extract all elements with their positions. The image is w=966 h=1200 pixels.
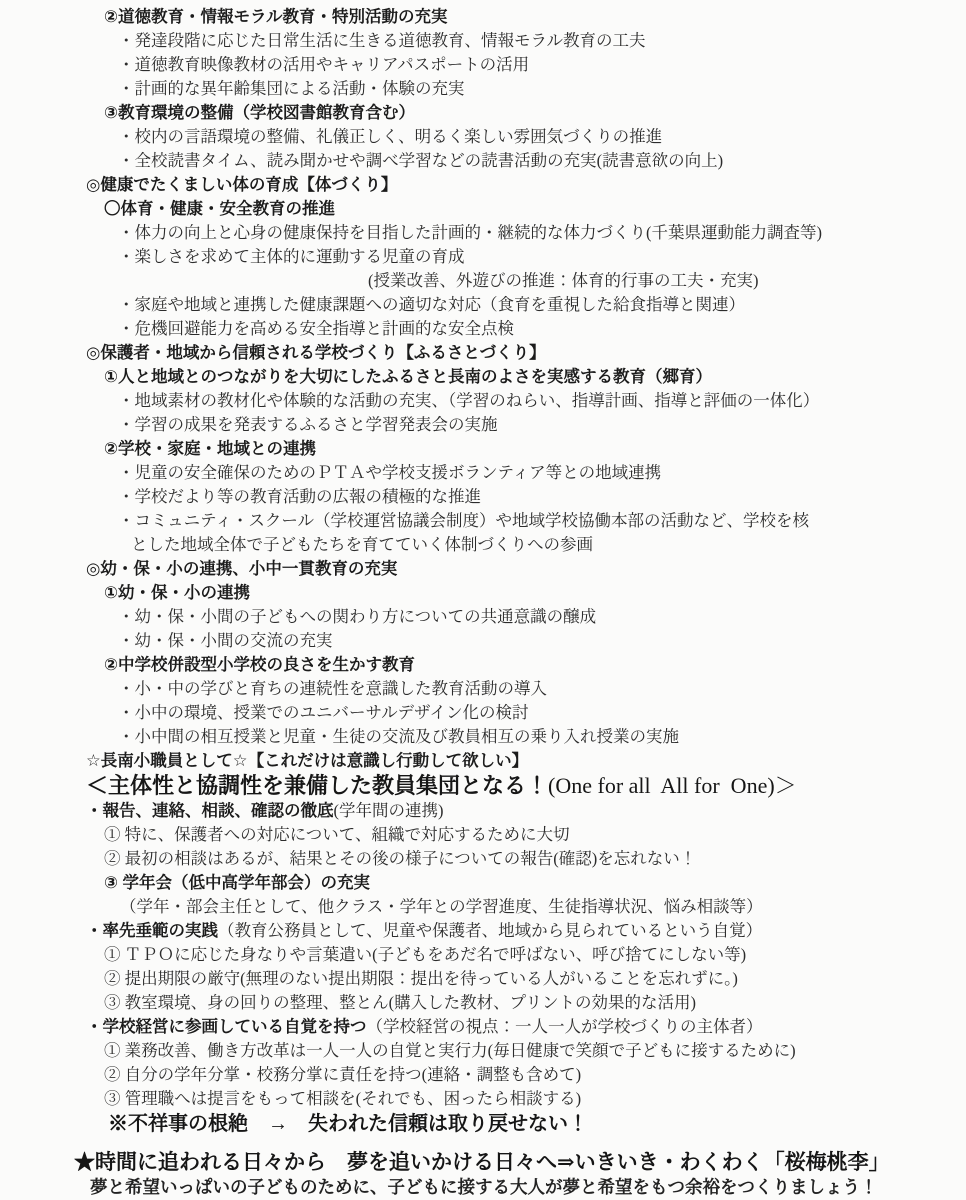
bullet-item: ・小中の環境、授業でのユニバーサルデザイン化の検討 [0,701,966,725]
bullet-item: ・幼・保・小間の交流の充実 [0,629,966,653]
bullet-item: ・学習の成果を発表するふるさと学習発表会の実施 [0,413,966,437]
policy-lead: ・率先垂範の実践 [86,922,218,940]
bullet-continuation: (授業改善、外遊びの推進：体育的行事の工夫・充実) [0,269,966,293]
closing-slogan: ★時間に追われる日々から 夢を追いかける日々へ⇒いきいき・わくわく「桜梅桃李」 [0,1149,966,1175]
closing-message: 夢と希望いっぱいの子どものために、子どもに接する大人が夢と希望をもつ余裕をつくり… [0,1175,966,1199]
bullet-item: ・計画的な異年齢集団による活動・体験の充実 [0,77,966,101]
policy-note: (学年間の連携) [334,801,444,820]
policy-lead: ・学校経営に参画している自覚を持つ [86,1018,367,1036]
numbered-item: ① 特に、保護者への対応について、組織で対応するために大切 [0,823,966,847]
bullet-item: ・小・中の学びと育ちの連続性を意識した教育活動の導入 [0,677,966,701]
heading-school-family-community: ②学校・家庭・地域との連携 [0,437,966,461]
bullet-item: ・児童の安全確保のためのＰＴＡや学校支援ボランティア等との地域連携 [0,461,966,485]
bullet-item: ・体力の向上と心身の健康保持を目指した計画的・継続的な体力づくり(千葉県運動能力… [0,221,966,245]
numbered-item: ② 提出期限の厳守(無理のない提出期限：提出を待っている人がいることを忘れずに。… [0,967,966,991]
numbered-item: ② 最初の相談はあるが、結果とその後の様子についての報告(確認)を忘れない！ [0,847,966,871]
policy-lead-by-example: ・率先垂範の実践（教育公務員として、児童や保護者、地域から見られているという自覚… [0,919,966,943]
scanned-document-page: ②道徳教育・情報モラル教育・特別活動の充実 ・発達段階に応じた日常生活に生きる道… [0,0,966,1200]
bullet-item: ・コミュニティ・スクール（学校運営協議会制度）や地域学校協働本部の活動など、学校… [0,509,966,533]
heading-trusted-school: ◎保護者・地域から信頼される学校づくり【ふるさとづくり】 [0,341,966,365]
policy-report-contact: ・報告、連絡、相談、確認の徹底(学年間の連携) [0,799,966,823]
policy-note: （教育公務員として、児童や保護者、地域から見られているという自覚） [218,921,762,940]
bullet-item: ・楽しさを求めて主体的に運動する児童の育成 [0,245,966,269]
warning-no-scandal: ※不祥事の根絶 → 失われた信頼は取り戻せない！ [0,1111,966,1137]
heading-pe-health-safety: 〇体育・健康・安全教育の推進 [0,197,966,221]
bullet-item: ・家庭や地域と連携した健康課題への適切な対応（食育を重視した給食指導と関連） [0,293,966,317]
bullet-item: ・校内の言語環境の整備、礼儀正しく、明るく楽しい雰囲気づくりの推進 [0,125,966,149]
policy-note: （学校経営の視点：一人一人が学校づくりの主体者） [367,1017,763,1036]
numbered-item: ③ 管理職へは提言をもって相談を(それでも、困ったら相談する) [0,1087,966,1111]
heading-staff-motto: ☆長南小職員として☆【これだけは意識し行動して欲しい】 [0,749,966,773]
bullet-continuation: とした地域全体で子どもたちを育てていく体制づくりへの参画 [0,533,966,557]
heading-healthy-body: ◎健康でたくましい体の育成【体づくり】 [0,173,966,197]
bullet-item: ・道徳教育映像教材の活用やキャリアパスポートの活用 [0,53,966,77]
slogan-japanese: ＜主体性と協調性を兼備した教員集団となる！ [86,773,548,798]
heading-kindergarten-cooperation: ◎幼・保・小の連携、小中一貫教育の充実 [0,557,966,581]
slogan-one-for-all: ＜主体性と協調性を兼備した教員集団となる！(One for all All fo… [0,773,966,799]
heading-yo-ho-sho: ①幼・保・小の連携 [0,581,966,605]
bullet-item: ・地域素材の教材化や体験的な活動の充実、（学習のねらい、指導計画、指導と評価の一… [0,389,966,413]
heading-education-environment: ③教育環境の整備（学校図書館教育含む） [0,101,966,125]
bullet-item: ・幼・保・小間の子どもへの関わり方についての共通意識の醸成 [0,605,966,629]
bullet-item: ・危機回避能力を高める安全指導と計画的な安全点検 [0,317,966,341]
numbered-item-continuation: （学年・部会主任として、他クラス・学年との学習進度、生徒指導状況、悩み相談等） [0,895,966,919]
slogan-english: (One for all All for One)＞ [548,773,797,798]
policy-school-management: ・学校経営に参画している自覚を持つ（学校経営の視点：一人一人が学校づくりの主体者… [0,1015,966,1039]
bullet-item: ・発達段階に応じた日常生活に生きる道徳教育、情報モラル教育の工夫 [0,29,966,53]
heading-hometown-education: ①人と地域とのつながりを大切にしたふるさと長南のよさを実感する教育（郷育） [0,365,966,389]
numbered-item: ① 業務改善、働き方改革は一人一人の自覚と実行力(毎日健康で笑顔で子どもに接する… [0,1039,966,1063]
heading-moral-education: ②道徳教育・情報モラル教育・特別活動の充実 [0,5,966,29]
policy-lead: ・報告、連絡、相談、確認の徹底 [86,802,334,820]
numbered-item-bold: ③ 学年会（低中高学年部会）の充実 [0,871,966,895]
bullet-item: ・学校だより等の教育活動の広報の積極的な推進 [0,485,966,509]
heading-attached-elementary: ②中学校併設型小学校の良さを生かす教育 [0,653,966,677]
bullet-item: ・全校読書タイム、読み聞かせや調べ学習などの読書活動の充実(読書意欲の向上) [0,149,966,173]
numbered-item: ① ＴＰＯに応じた身なりや言葉遣い(子どもをあだ名で呼ばない、呼び捨てにしない等… [0,943,966,967]
bullet-item: ・小中間の相互授業と児童・生徒の交流及び教員相互の乗り入れ授業の実施 [0,725,966,749]
numbered-item: ② 自分の学年分掌・校務分掌に責任を持つ(連絡・調整も含めて) [0,1063,966,1087]
numbered-item: ③ 教室環境、身の回りの整理、整とん(購入した教材、プリントの効果的な活用) [0,991,966,1015]
